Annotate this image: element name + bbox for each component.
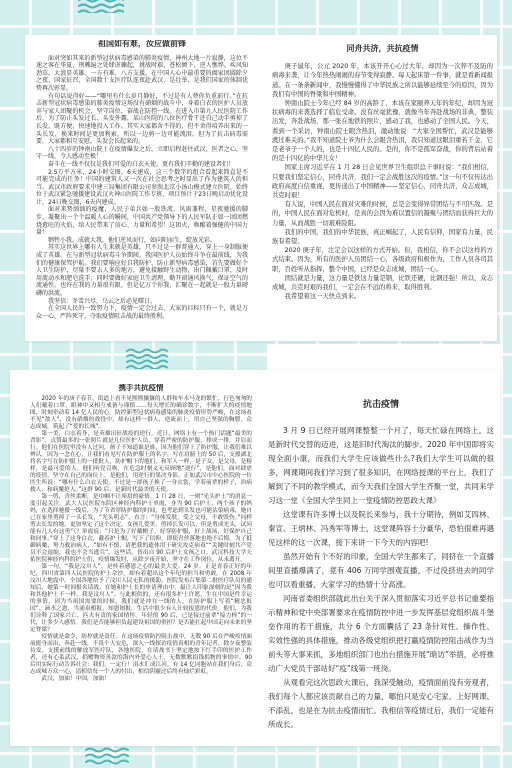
essay-paragraph: 有人说，中国人民在面对灾难的时候，总是会变得异常团结与不可匹敌。是的，中国人民在… [272,200,493,228]
essay-paragraph: 钟南山院士今年已经 84 岁的高龄了，本该在家颐养天年的年纪，却因为冠状病毒的来… [272,99,493,163]
essay-paragraph: 第一句，“我是汶川人”，是怀着感恩之心的最美大爱。24 岁，正是青春正好的年纪，… [30,564,252,634]
essay-paragraph: 第一剪，青丝柔断，是巾帼不让须眉的豪情。1 月 28 日，一则“光头护士”的消息… [30,494,252,564]
wave-icon [85,747,129,768]
essay-column-3: 携手共抗疫情 2020 年的庚子春节，街道上看不见熙熙攘攘的人群和车水马龙的繁忙… [30,384,252,742]
essay-paragraph: 2.5万平方米，24小时交图，6天建成，这三个数字的组合看起来简直是不可能完成的… [36,169,248,207]
wave-icon [126,348,168,369]
essay-title: 祖国如有难，汝应做前锋 [36,40,248,48]
essay-title: 同舟共济，共抗疫情 [272,44,493,53]
essay-paragraph: 虽然开始有个不好的印象，全国大学生都来了，同挤在一个直播间里直播爆满了，竟有 4… [268,550,494,592]
essay-paragraph: 武汉，加油！中国，加油！ [30,676,252,683]
essay-paragraph: 其实这世界上哪有人生来就是英雄，只不过是一群普通人，穿上一身制服便成了英雄。在与… [36,244,248,297]
essay-title: 携手共抗疫情 [30,384,252,391]
essay-column-2: 同舟共济，共抗疫情 庚子鼠年，公元 2020 年，本该开开心心过大年，却因为一次… [272,44,493,302]
essay-paragraph: 国家主席习近平在 1 月 28 日会见世界卫生组织总干事时说：“我们相信，只要我… [272,163,493,200]
essay-column-1: 祖国如有难，汝应做前锋 面对突如其来的新型冠状病毒感染的肺炎疫情，神州大地一片寂… [36,40,248,336]
essay-paragraph: 2020 庚子年，注定会以这样的方式开始。但，我相信，你不会以这样的方式结束。因… [272,246,493,274]
essay-paragraph: 河南省委组织部就此出台关于深入贯彻落实习近平总书记重要指示精神和党中央部署要求在… [268,592,494,676]
essay-paragraph: 我希望着这一天快点到来。 [272,292,493,301]
essay-paragraph: 第一美，白衣着身，是英雄出征战疫的逆行。近日，网络上有一个热门话题“最美的背影”… [30,431,252,494]
essay-paragraph: 奋斗在一线不仅仅是我们可爱的白衣天使，更有我们辛勤的建设者们！ [36,161,248,169]
essay-paragraph: 面对突如其来的新型冠状病毒感染的肺炎疫情，神州大地一片寂静，这位不速之客在华夏，… [36,55,248,93]
essay-paragraph: 2020 年的庚子春节，街道上看不见熙熙攘攘的人群和车水马龙的繁忙，行色匆匆的人… [30,396,252,431]
wave-icon [78,0,124,13]
essay-paragraph: 面对来势汹汹的疫魔，人民子弟兵如一股铁流，风雨兼程，星夜驰援的脚步，凝聚出一个个… [36,206,248,236]
essay-paragraph: 这堂课有许多博士以及院长来参与，我十分期待，例如艾四林、秦宣、王炳林、冯秀军等博… [268,508,494,550]
essay-paragraph: 我们的中国，我们的中华民族，真正崛起了，人民有信仰，国家有力量，民族有希望。 [272,228,493,246]
essay-paragraph: 庚子鼠年，公元 2020 年，本该开开心心过大年，却因为一次猝不及防的病毒来袭，… [272,62,493,99]
essay-paragraph: 从观看完这次思政大课后，我深受触动，疫情面前没有旁观者，我们每个人都应该贡献自己… [268,676,494,732]
essay-paragraph: 八十四岁的钟南山院士在疫情爆发之后，立即启程赶往武汉，医者之心，坚守一线，令人感… [36,146,248,161]
essay-paragraph: 3 月 9 日已经开展网课整整一个月了，每天忙碌在网络上，这是新时代交替的迈进，… [268,424,494,508]
essay-paragraph: 团结就是力量，这力量是铁这力量是钢，比铁还硬，比钢还强！所以，众志成城，共克时艰… [272,274,493,292]
essay-paragraph: 有句话说得好——“哪里有什么岁月静好，不过是有人替你负重前行。”在抗击新型冠状病… [36,93,248,146]
essay-title: 抗击疫情 [268,398,494,412]
essay-paragraph: 在全国人民的一致努力下，疫情一定会过去，大家的目标只有一个，就是万众一心，严阵死… [36,305,248,320]
essay-column-4: 抗击疫情 3 月 9 日已经开展网课整整一个月了，每天忙碌在网络上，这是新时代交… [268,398,494,738]
essay-paragraph: 疫情就是命令，防控就是责任。在这场疫情防控阻击战中，无数 90 后在严峻疫情面前… [30,634,252,676]
